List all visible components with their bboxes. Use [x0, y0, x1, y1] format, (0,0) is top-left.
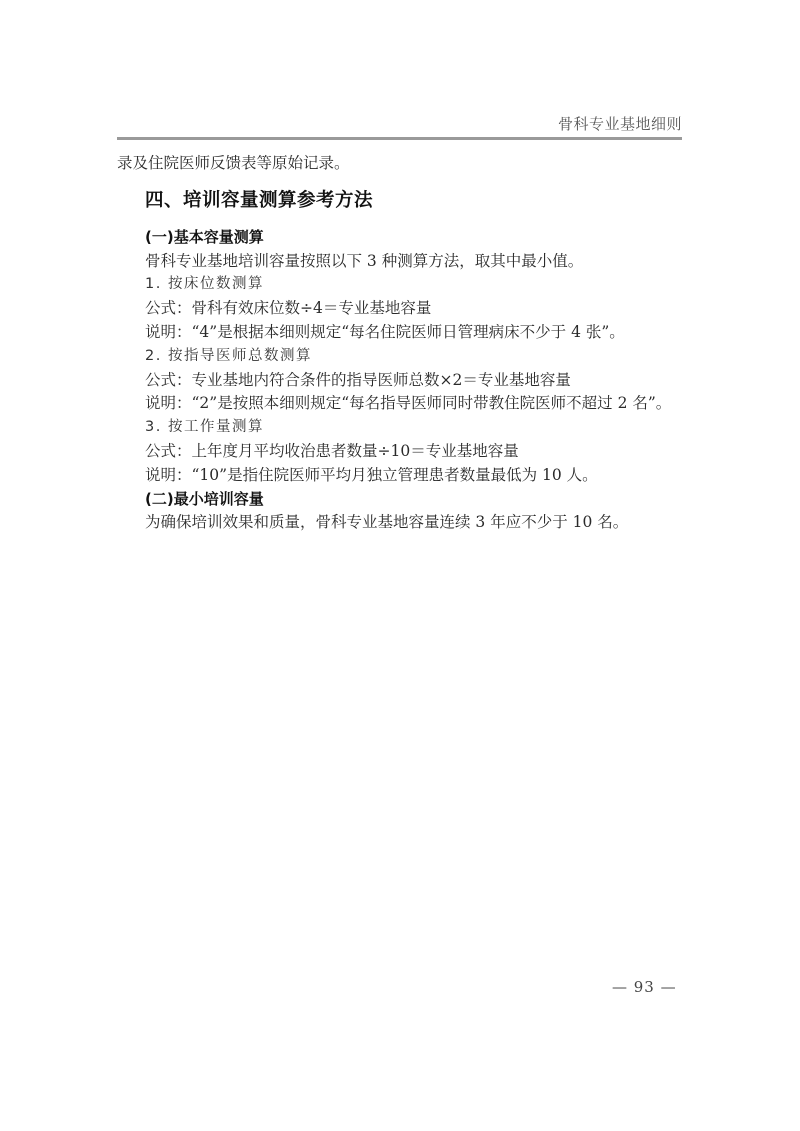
method-heading-supervisors: 2. 按指导医师总数测算 [117, 345, 687, 369]
continuation-paragraph: 录及住院医师反馈表等原始记录。 [117, 152, 687, 176]
method-formula-supervisors: 公式：专业基地内符合条件的指导医师总数×2＝专业基地容量 [117, 369, 687, 393]
intro-paragraph: 骨科专业基地培训容量按照以下 3 种测算方法，取其中最小值。 [117, 250, 687, 274]
minimum-capacity-paragraph: 为确保培训效果和质量，骨科专业基地容量连续 3 年应不少于 10 名。 [117, 511, 687, 535]
method-heading-beds: 1. 按床位数测算 [117, 273, 687, 297]
method-formula-workload: 公式：上年度月平均收治患者数量÷10＝专业基地容量 [117, 440, 687, 464]
method-note-supervisors: 说明：“2”是按照本细则规定“每名指导医师同时带教住院医师不超过 2 名”。 [117, 392, 687, 416]
method-formula-beds: 公式：骨科有效床位数÷4＝专业基地容量 [117, 297, 687, 321]
page-number: — 93 — [612, 978, 677, 996]
subsection-heading-minimum-capacity: (二)最小培训容量 [117, 488, 687, 512]
method-note-workload: 说明：“10”是指住院医师平均月独立管理患者数量最低为 10 人。 [117, 464, 687, 488]
section-heading: 四、培训容量测算参考方法 [117, 186, 687, 216]
page-content: 录及住院医师反馈表等原始记录。 四、培训容量测算参考方法 (一)基本容量测算 骨… [117, 152, 687, 535]
subsection-heading-basic-capacity: (一)基本容量测算 [117, 226, 687, 250]
method-heading-workload: 3. 按工作量测算 [117, 416, 687, 440]
running-header-title: 骨科专业基地细则 [558, 113, 682, 134]
header-rule-divider [117, 137, 682, 140]
method-note-beds: 说明：“4”是根据本细则规定“每名住院医师日管理病床不少于 4 张”。 [117, 321, 687, 345]
